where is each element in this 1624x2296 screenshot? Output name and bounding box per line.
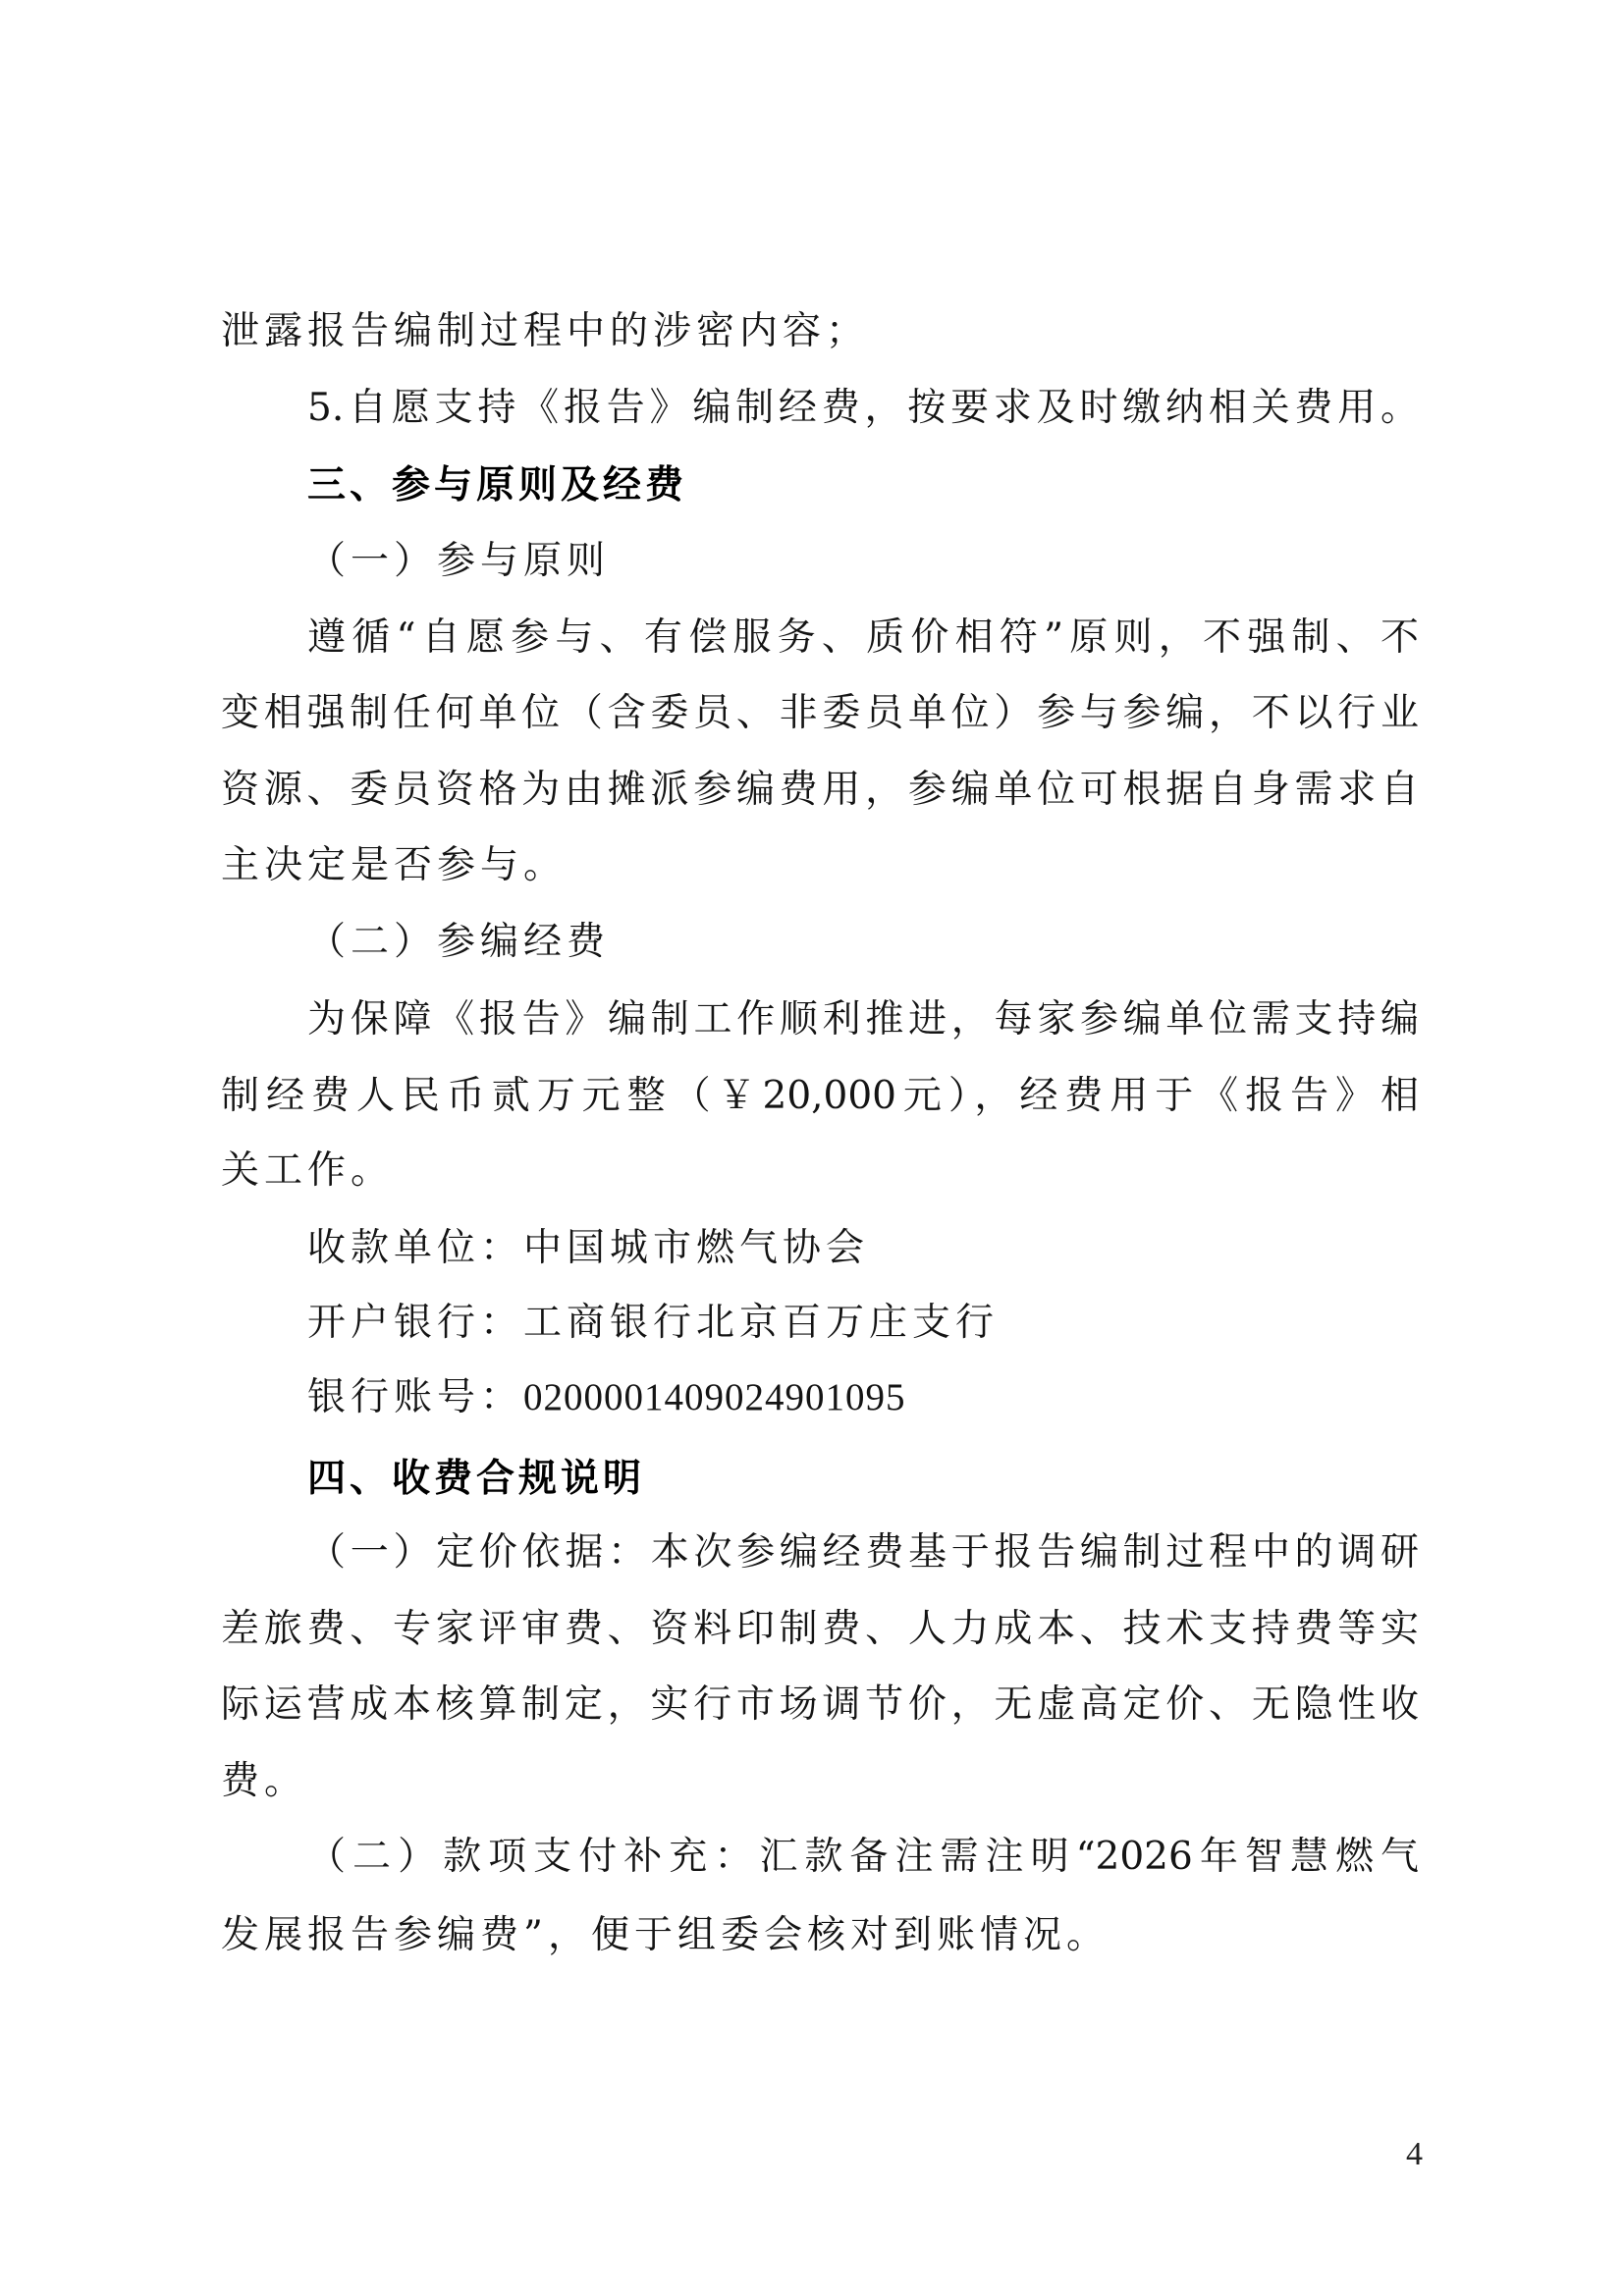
document-page: 泄露报告编制过程中的涉密内容； 5.自愿支持《报告》编制经费，按要求及时缴纳相关…: [0, 0, 1624, 2296]
paragraph-funding-line-2: 制经费人民币贰万元整（￥20,000元），经费用于《报告》相: [221, 1074, 1419, 1119]
payment-supplement-line-1: （二）款项支付补充：汇款备注需注明“2026年智慧燃气: [307, 1835, 1419, 1880]
paragraph-continuation: 泄露报告编制过程中的涉密内容；: [221, 309, 1419, 354]
account-number: 0200001409024901095: [523, 1376, 906, 1418]
pricing-basis-line-1: （一）定价依据：本次参编经费基于报告编制过程中的调研: [307, 1530, 1419, 1575]
subsection-heading-funding: （二）参编经费: [307, 920, 1419, 965]
payee-row: 收款单位：中国城市燃气协会: [307, 1226, 1419, 1271]
pricing-basis-line-2: 差旅费、专家评审费、资料印制费、人力成本、技术支持费等实: [221, 1607, 1419, 1652]
subsection-heading-participation-principle: （一）参与原则: [307, 539, 1419, 584]
account-row: 银行账号：0200001409024901095: [307, 1375, 1419, 1420]
bank-row: 开户银行：工商银行北京百万庄支行: [307, 1301, 1419, 1346]
payee-label: 收款单位：: [307, 1226, 523, 1270]
section-heading-4: 四、收费合规说明: [307, 1457, 1419, 1502]
bank-label: 开户银行：: [307, 1301, 523, 1345]
paragraph-principle-line-1: 遵循“自愿参与、有偿服务、质价相符”原则，不强制、不: [307, 615, 1419, 661]
paragraph-principle-line-4: 主决定是否参与。: [221, 843, 1419, 888]
payment-supplement-line-2: 发展报告参编费”，便于组委会核对到账情况。: [221, 1913, 1419, 1958]
pricing-basis-line-3: 际运营成本核算制定，实行市场调节价，无虚高定价、无隐性收: [221, 1682, 1419, 1728]
list-item-5: 5.自愿支持《报告》编制经费，按要求及时缴纳相关费用。: [307, 386, 1419, 431]
paragraph-funding-line-1: 为保障《报告》编制工作顺利推进，每家参编单位需支持编: [307, 997, 1419, 1042]
payee-value: 中国城市燃气协会: [523, 1226, 869, 1270]
paragraph-principle-line-2: 变相强制任何单位（含委员、非委员单位）参与参编，不以行业: [221, 691, 1419, 736]
pricing-basis-line-4: 费。: [221, 1759, 1419, 1804]
bank-value: 工商银行北京百万庄支行: [523, 1301, 999, 1345]
page-number: 4: [1406, 2135, 1423, 2174]
section-heading-3: 三、参与原则及经费: [307, 463, 1419, 508]
account-label: 银行账号：: [307, 1375, 523, 1419]
paragraph-funding-line-3: 关工作。: [221, 1148, 1419, 1194]
paragraph-principle-line-3: 资源、委员资格为由摊派参编费用，参编单位可根据自身需求自: [221, 768, 1419, 813]
